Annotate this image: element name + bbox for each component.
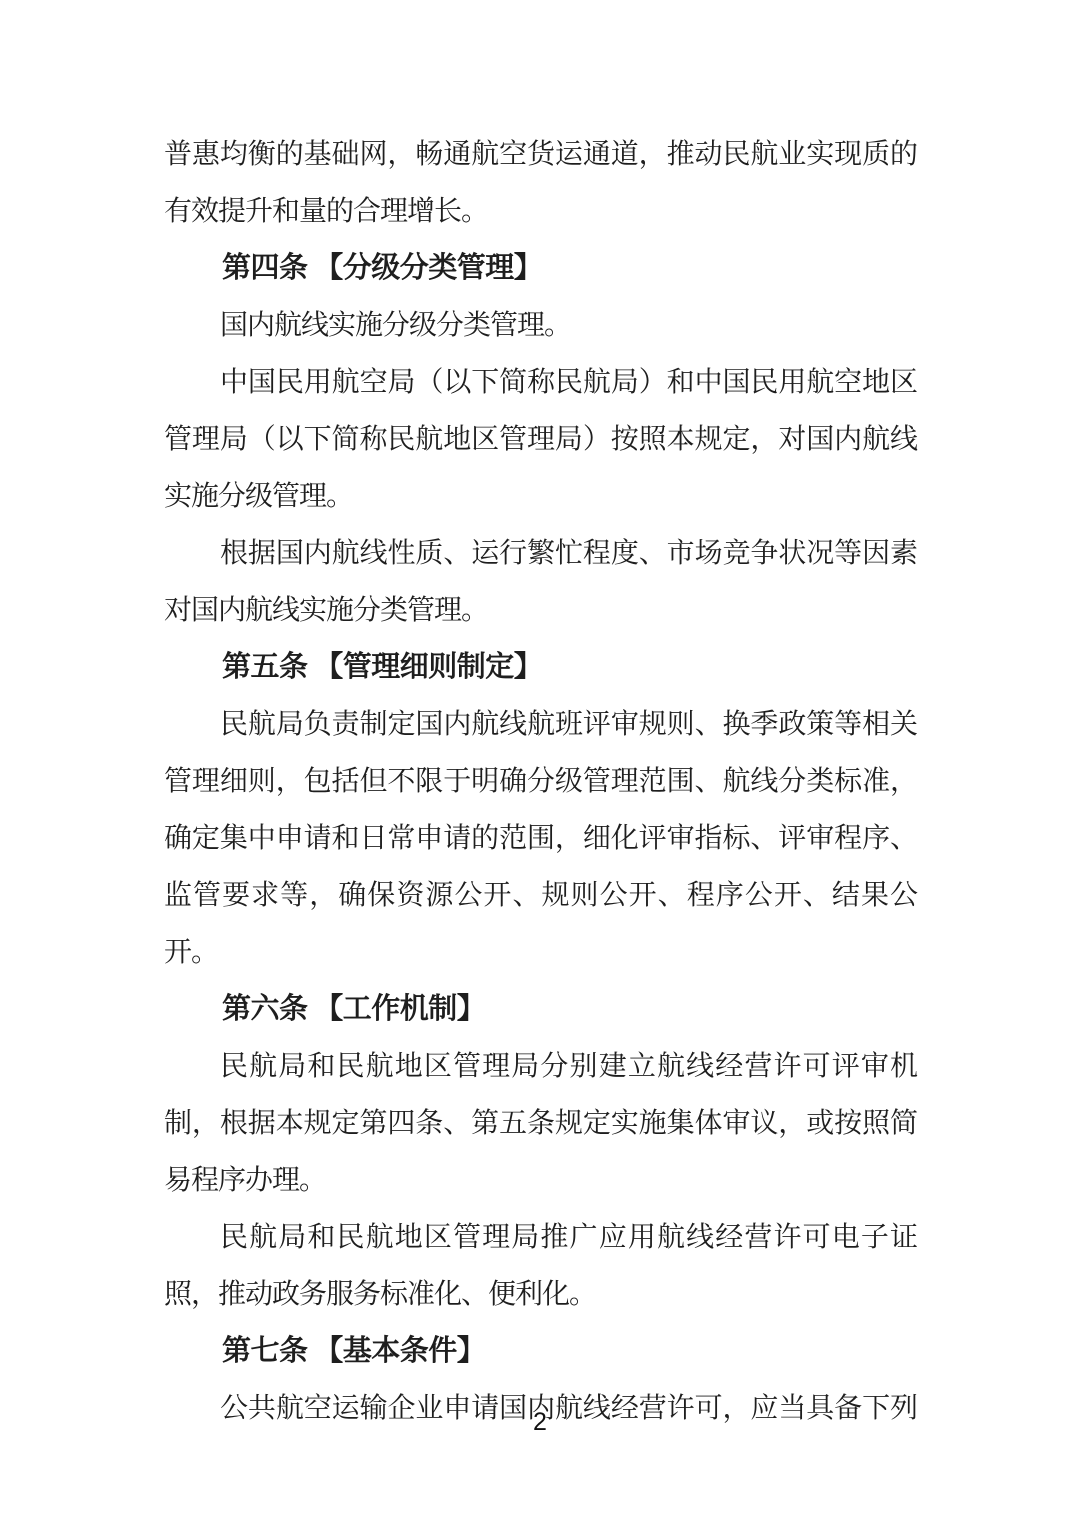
- page-number: 2: [0, 1408, 1080, 1437]
- article-heading-4: 第四条 【分级分类管理】: [164, 240, 917, 297]
- body-paragraph: 中国民用航空局（以下简称民航局）和中国民用航空地区管理局（以下简称民航地区管理局…: [164, 354, 917, 525]
- body-paragraph: 根据国内航线性质、运行繁忙程度、市场竞争状况等因素对国内航线实施分类管理。: [164, 525, 917, 639]
- document-body: 普惠均衡的基础网，畅通航空货运通道，推动民航业实现质的有效提升和量的合理增长。 …: [164, 126, 917, 1437]
- article-heading-7: 第七条 【基本条件】: [164, 1323, 917, 1380]
- body-paragraph: 普惠均衡的基础网，畅通航空货运通道，推动民航业实现质的有效提升和量的合理增长。: [164, 126, 917, 240]
- article-heading-5: 第五条 【管理细则制定】: [164, 639, 917, 696]
- body-paragraph: 民航局和民航地区管理局分别建立航线经营许可评审机制，根据本规定第四条、第五条规定…: [164, 1038, 917, 1209]
- body-paragraph: 民航局和民航地区管理局推广应用航线经营许可电子证照，推动政务服务标准化、便利化。: [164, 1209, 917, 1323]
- body-paragraph: 国内航线实施分级分类管理。: [164, 297, 917, 354]
- body-paragraph: 民航局负责制定国内航线航班评审规则、换季政策等相关管理细则，包括但不限于明确分级…: [164, 696, 917, 981]
- article-heading-6: 第六条 【工作机制】: [164, 981, 917, 1038]
- document-page: 普惠均衡的基础网，畅通航空货运通道，推动民航业实现质的有效提升和量的合理增长。 …: [0, 0, 1080, 1526]
